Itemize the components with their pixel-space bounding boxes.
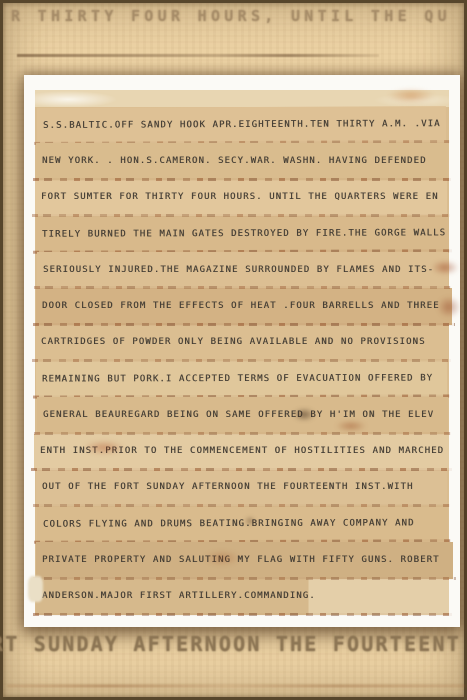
telegram-paper: S.S.BALTIC.OFF SANDY HOOK APR.EIGHTEENTH… (35, 90, 449, 615)
telegram-line-text: REMAINING BUT PORK.I ACCEPTED TERMS OF E… (36, 374, 433, 384)
telegram-line-text: CARTRIDGES OF POWDER ONLY BEING AVAILABL… (35, 338, 426, 347)
telegram-line: S.S.BALTIC.OFF SANDY HOOK APR.EIGHTEENTH… (37, 106, 446, 144)
telegram-line-text: SERIOUSLY INJURED.THE MAGAZINE SURROUNDE… (37, 266, 434, 275)
telegram-line-text: TIRELY BURNED THE MAIN GATES DESTROYED B… (36, 229, 446, 239)
telegram-line-text: DOOR CLOSED FROM THE EFFECTS OF HEAT .FO… (36, 302, 440, 311)
telegram-line-text: COLORS FLYING AND DRUMS BEATING.BRINGING… (37, 519, 415, 529)
telegram-line-text: S.S.BALTIC.OFF SANDY HOOK APR.EIGHTEENTH… (37, 120, 441, 131)
telegram-line-text: ENTH INST.PRIOR TO THE COMMENCEMENT OF H… (34, 447, 444, 456)
telegram-line: FORT SUMTER FOR THIRTY FOUR HOURS. UNTIL… (35, 180, 447, 216)
telegram-line: ANDERSON.MAJOR FIRST ARTILLERY.COMMANDIN… (36, 579, 449, 615)
telegram-line: PRIVATE PROPERTY AND SALUTING MY FLAG WI… (36, 542, 453, 578)
background-ghost-text-top: R THIRTY FOUR HOURS, UNTIL THE QU (11, 7, 451, 25)
telegram-line: REMAINING BUT PORK.I ACCEPTED TERMS OF E… (36, 360, 447, 397)
telegram-line-text: OUT OF THE FORT SUNDAY AFTERNOON THE FOU… (36, 483, 414, 492)
telegram-line: COLORS FLYING AND DRUMS BEATING.BRINGING… (37, 505, 448, 543)
telegram-line: OUT OF THE FORT SUNDAY AFTERNOON THE FOU… (36, 470, 447, 506)
telegram-line: DOOR CLOSED FROM THE EFFECTS OF HEAT .FO… (36, 288, 452, 324)
background-faint-line (7, 685, 466, 687)
telegram-line: ENTH INST.PRIOR TO THE COMMENCEMENT OF H… (34, 434, 449, 470)
telegram-line-text: PRIVATE PROPERTY AND SALUTING MY FLAG WI… (36, 556, 440, 565)
telegram-line: CARTRIDGES OF POWDER ONLY BEING AVAILABL… (35, 325, 448, 361)
telegram-line-text: ANDERSON.MAJOR FIRST ARTILLERY.COMMANDIN… (36, 592, 316, 601)
telegram-line-text: FORT SUMTER FOR THIRTY FOUR HOURS. UNTIL… (35, 193, 439, 202)
telegram-line-text: NEW YORK. . HON.S.CAMERON. SECY.WAR. WAS… (36, 157, 427, 166)
background-tape-seam (17, 54, 379, 57)
telegram-line-text: GENERAL BEAUREGARD BEING ON SAME OFFERED… (37, 411, 434, 420)
paper-torn-top-edge (35, 90, 449, 107)
telegram-mount-card: S.S.BALTIC.OFF SANDY HOOK APR.EIGHTEENTH… (24, 75, 460, 627)
telegram-line: SERIOUSLY INJURED.THE MAGAZINE SURROUNDE… (37, 252, 448, 288)
background-ghost-text-bottom: RT SUNDAY AFTERNOON THE FOURTEENT (0, 632, 461, 656)
telegram-line: NEW YORK. . HON.S.CAMERON. SECY.WAR. WAS… (36, 143, 448, 179)
telegram-line: TIRELY BURNED THE MAIN GATES DESTROYED B… (36, 215, 449, 253)
telegram-line: GENERAL BEAUREGARD BEING ON SAME OFFERED… (37, 397, 448, 433)
poster-frame: R THIRTY FOUR HOURS, UNTIL THE QU S.S.BA… (0, 0, 467, 700)
